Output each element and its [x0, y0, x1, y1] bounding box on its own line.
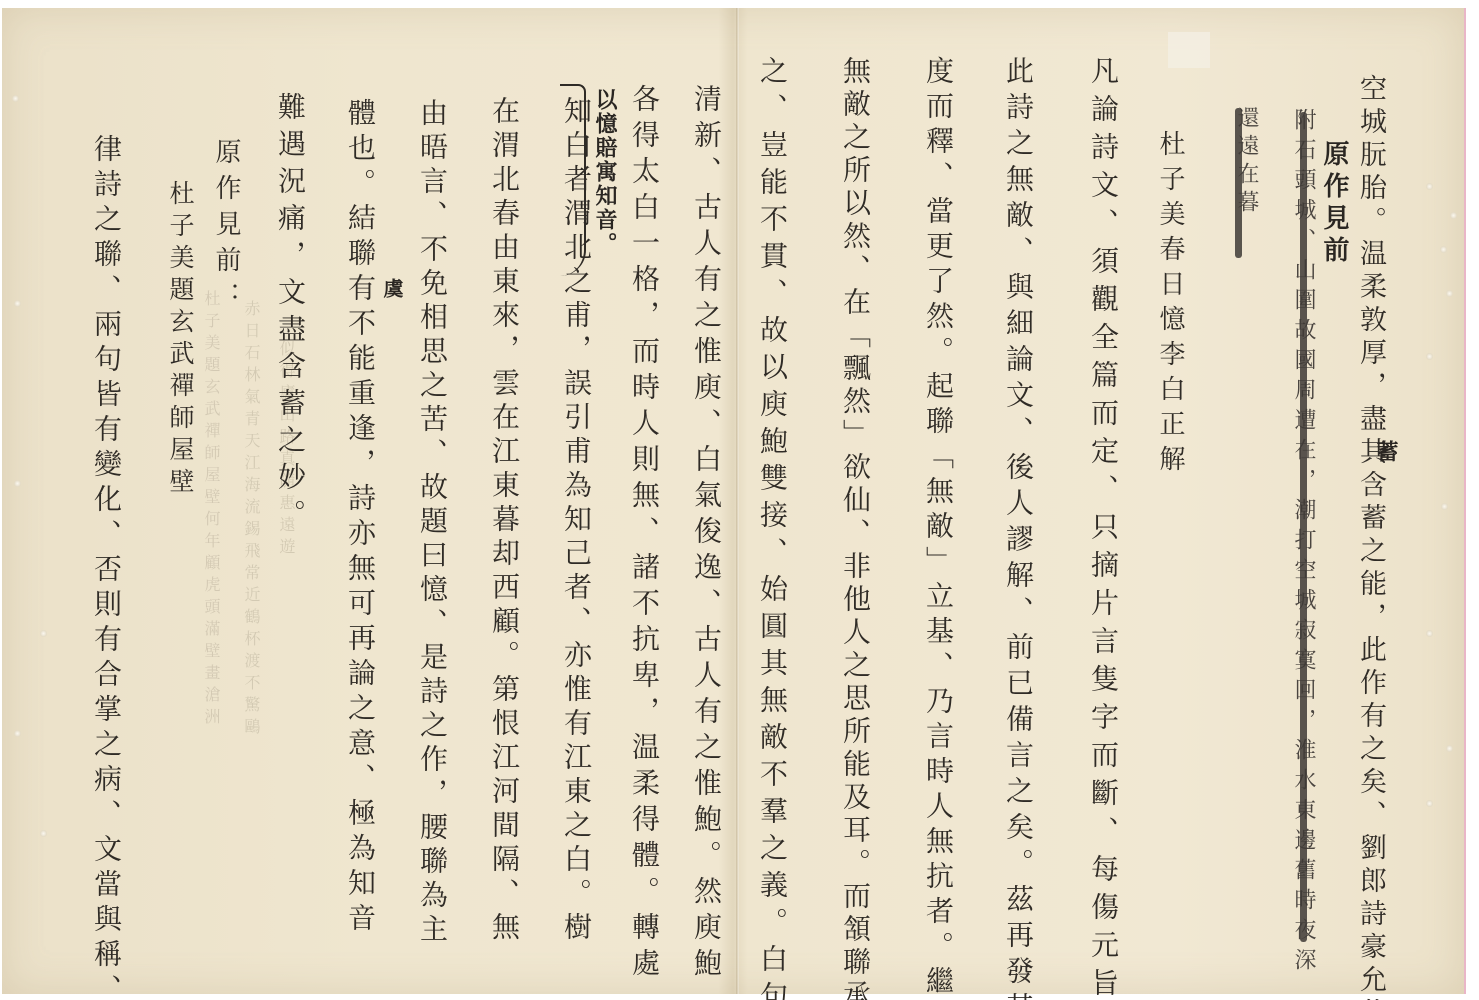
text-column: 凡論詩文、須觀全篇而定、只摘片言隻字而斷、每傷元旨。	[1083, 56, 1123, 936]
binding-hole	[14, 730, 21, 737]
text-column: 各得太白一格，而時人則無、諸不抗卑，温柔得體。轉處	[624, 84, 664, 944]
bleed-through-text: 杜子美題玄武禪師屋壁何年顧虎頭滿壁畫滄洲	[200, 290, 223, 850]
text-column: 體也。結聯有不能重逢，詩亦無可再論之意、極為知音	[340, 98, 380, 958]
binding-hole	[1426, 800, 1433, 807]
marginal-note: 原作見前	[1316, 140, 1353, 268]
bleed-through-text: 赤日石林氣青天江海流錫飛常近鶴杯渡不驚鷗	[240, 300, 263, 860]
text-column: 此詩之無敵、與細論文、後人謬解、前已備言之矣。茲再發其法	[998, 56, 1038, 956]
binding-hole	[1441, 503, 1448, 510]
binding-hole	[14, 480, 21, 487]
strike-through-line	[1235, 108, 1242, 258]
note-column: 原作見前：	[206, 138, 246, 338]
text-column: 難遇況痛，文盡含蓄之妙。	[270, 92, 310, 532]
text-column: 律詩之聯、兩句皆有變化、否則有合掌之病、文當與稱、庶	[86, 134, 126, 934]
text-column: 度而釋、當更了然。起聯「無敵」立基、乃言時人無抗者。繼釋	[918, 56, 958, 956]
correction-annotation: 蓄	[1371, 440, 1402, 462]
text-column: 空城朊胎。温柔敦厚，盡其含蓄之能，此作有之矣、劉郎詩豪允哉。	[1350, 74, 1390, 894]
correction-annotation: 虞	[378, 278, 407, 298]
binding-hole	[1426, 353, 1433, 360]
section-title: 杜子美題玄武禪師屋壁	[160, 180, 200, 520]
text-column: 無敵之所以然、在「飄然」欲仙、非他人之思所能及耳。而頷聯承	[835, 56, 875, 956]
binding-hole	[1446, 290, 1453, 297]
section-title: 杜子美春日憶李白正解	[1150, 130, 1190, 490]
tape-patch	[1168, 32, 1210, 68]
text-column: 由晤言、不免相思之苦、故題曰憶、是詩之作，腰聯為主	[412, 98, 452, 958]
binding-hole	[40, 630, 47, 637]
binding-hole	[1446, 745, 1453, 752]
text-column: 之、豈能不貫、故以庾鮑雙接、始圓其無敵不羣之義。白句	[752, 56, 792, 956]
text-column: 清新、古人有之惟庾、白氣俊逸、古人有之惟鮑。然庾鮑	[686, 84, 726, 944]
binding-hole	[12, 95, 19, 102]
strike-through-line	[1300, 112, 1307, 942]
text-column: 在渭北春由東來，雲在江東暮却西顧。第恨江河間隔、無	[484, 96, 524, 956]
page-fold	[736, 8, 739, 994]
binding-hole	[1426, 183, 1433, 190]
binding-hole	[1440, 246, 1447, 253]
struck-text-column: 還遠在暮	[1226, 106, 1266, 236]
binding-hole	[1426, 630, 1433, 637]
binding-hole	[40, 830, 47, 837]
text-column: 知白者渭北之甫，誤引甫為知己者、亦惟有江東之白。樹	[556, 96, 596, 956]
binding-hole	[1450, 212, 1457, 219]
binding-hole	[14, 300, 21, 307]
